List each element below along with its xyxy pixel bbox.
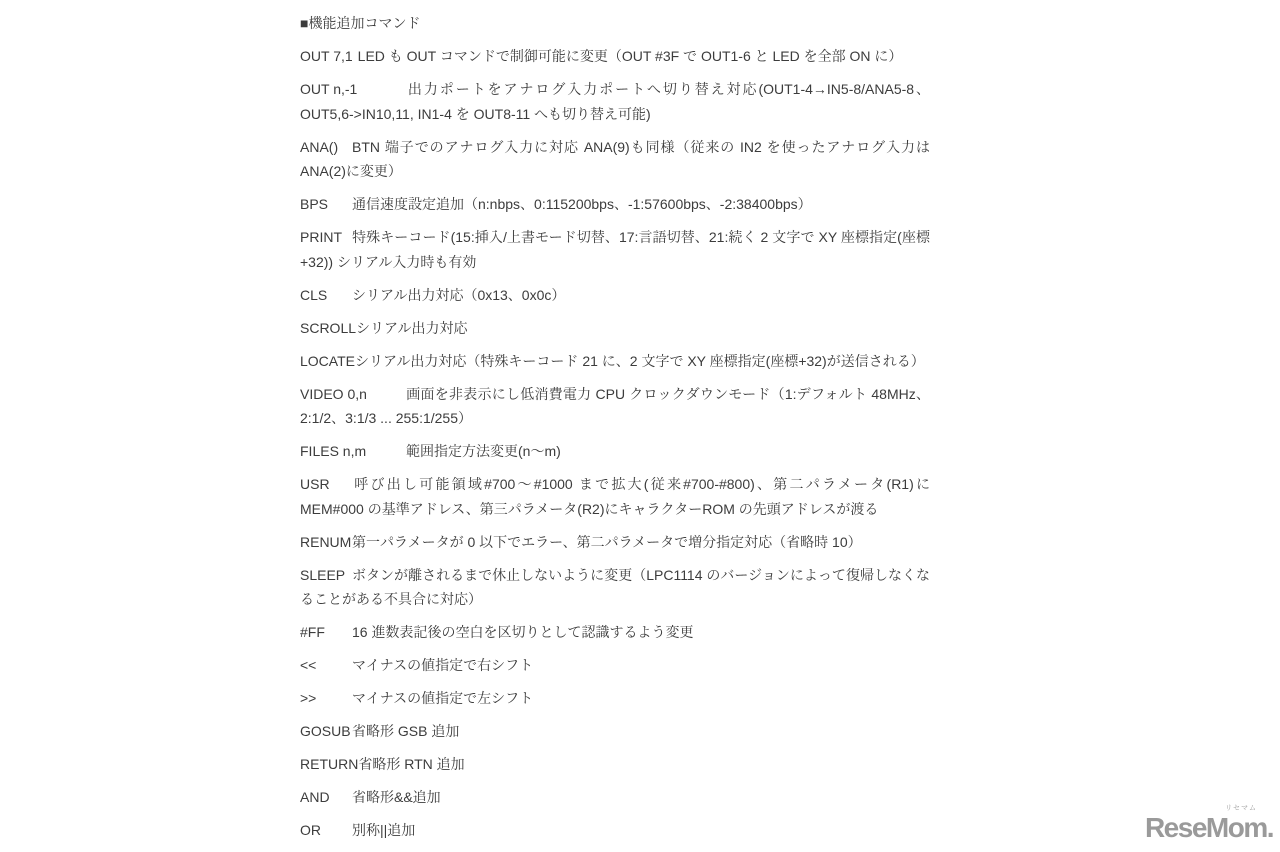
command-description: 16 進数表記後の空白を区切りとして認識するよう変更 xyxy=(352,624,693,640)
command-name: RENUM xyxy=(300,530,352,555)
command-entry: RENUM第一パラメータが 0 以下でエラー、第二パラメータで増分指定対応（省略… xyxy=(300,530,930,555)
command-entry: SCROLLシリアル出力対応 xyxy=(300,316,930,341)
command-entry: OUT n,-1出力ポートをアナログ入力ポートへ切り替え対応(OUT1-4→IN… xyxy=(300,77,930,126)
command-description: 特殊キーコード(15:挿入/上書モード切替、17:言語切替、21:続く 2 文字… xyxy=(300,229,930,270)
command-name: SCROLL xyxy=(300,316,356,341)
command-entry: SLEEPボタンが離されるまで休止しないように変更（LPC1114 のバージョン… xyxy=(300,563,930,612)
command-entry: RETURN省略形 RTN 追加 xyxy=(300,752,930,777)
command-description: シリアル出力対応（特殊キーコード 21 に、2 文字で XY 座標指定(座標+3… xyxy=(355,353,925,369)
command-name: OR xyxy=(300,818,352,843)
command-description: BTN 端子でのアナログ入力に対応 ANA(9)も同様（従来の IN2 を使った… xyxy=(300,139,930,180)
command-entry: FILES n,m範囲指定方法変更(n〜m) xyxy=(300,439,930,464)
command-entry: OR別称||追加 xyxy=(300,818,930,843)
command-name: #FF xyxy=(300,620,352,645)
command-description: 省略形 GSB 追加 xyxy=(352,723,459,739)
command-entry: BPS通信速度設定追加（n:nbps、0:115200bps、-1:57600b… xyxy=(300,192,930,217)
command-name: BPS xyxy=(300,192,352,217)
article-body: ■機能追加コマンド OUT 7,1LED も OUT コマンドで制御可能に変更（… xyxy=(300,11,930,851)
resemom-logo: リセマム ReseMom. xyxy=(1143,805,1273,849)
command-description: 省略形&&追加 xyxy=(352,789,441,805)
command-description: 第一パラメータが 0 以下でエラー、第二パラメータで増分指定対応（省略時 10） xyxy=(352,534,862,550)
command-name: FILES n,m xyxy=(300,439,406,464)
command-name: << xyxy=(300,653,352,678)
command-entry: USR呼び出し可能領域#700〜#1000 まで拡大(従来#700-#800)、… xyxy=(300,472,930,521)
command-name: PRINT xyxy=(300,225,352,250)
command-entry: OUT 7,1LED も OUT コマンドで制御可能に変更（OUT #3F で … xyxy=(300,44,930,69)
command-entry: LOCATEシリアル出力対応（特殊キーコード 21 に、2 文字で XY 座標指… xyxy=(300,349,930,374)
command-name: GOSUB xyxy=(300,719,352,744)
command-description: 範囲指定方法変更(n〜m) xyxy=(406,443,561,459)
document-page: ■機能追加コマンド OUT 7,1LED も OUT コマンドで制御可能に変更（… xyxy=(0,0,1280,852)
command-entry: ANA()BTN 端子でのアナログ入力に対応 ANA(9)も同様（従来の IN2… xyxy=(300,135,930,184)
command-name: RETURN xyxy=(300,752,358,777)
command-name: >> xyxy=(300,686,352,711)
command-description: LED も OUT コマンドで制御可能に変更（OUT #3F で OUT1-6 … xyxy=(358,48,903,64)
command-name: LOCATE xyxy=(300,349,355,374)
command-entry: <<マイナスの値指定で右シフト xyxy=(300,653,930,678)
command-name: OUT 7,1 xyxy=(300,44,353,69)
command-description: ボタンが離されるまで休止しないように変更（LPC1114 のバージョンによって復… xyxy=(300,567,930,608)
command-name: OUT n,-1 xyxy=(300,77,406,102)
command-description: マイナスの値指定で左シフト xyxy=(352,690,533,706)
command-description: マイナスの値指定で右シフト xyxy=(352,657,533,673)
command-entry: AND省略形&&追加 xyxy=(300,785,930,810)
command-description: シリアル出力対応 xyxy=(356,320,467,336)
command-description: 呼び出し可能領域#700〜#1000 まで拡大(従来#700-#800)、第二パ… xyxy=(300,476,930,517)
command-name: SLEEP xyxy=(300,563,352,588)
command-entry: CLSシリアル出力対応（0x13、0x0c） xyxy=(300,283,930,308)
command-entry: GOSUB省略形 GSB 追加 xyxy=(300,719,930,744)
command-entry: #FF16 進数表記後の空白を区切りとして認識するよう変更 xyxy=(300,620,930,645)
command-description: 通信速度設定追加（n:nbps、0:115200bps、-1:57600bps、… xyxy=(352,196,812,212)
command-entry: PRINT特殊キーコード(15:挿入/上書モード切替、17:言語切替、21:続く… xyxy=(300,225,930,274)
command-name: USR xyxy=(300,472,352,497)
section-title: ■機能追加コマンド xyxy=(300,11,930,36)
command-entry: VIDEO 0,n画面を非表示にし低消費電力 CPU クロックダウンモード（1:… xyxy=(300,382,930,431)
resemom-wordmark: ReseMom. xyxy=(1143,813,1273,843)
command-name: ANA() xyxy=(300,135,352,160)
command-name: AND xyxy=(300,785,352,810)
command-name: CLS xyxy=(300,283,352,308)
command-description: 省略形 RTN 追加 xyxy=(358,756,464,772)
command-description: 別称||追加 xyxy=(352,822,415,838)
command-name: VIDEO 0,n xyxy=(300,382,406,407)
command-entry: >>マイナスの値指定で左シフト xyxy=(300,686,930,711)
command-description: シリアル出力対応（0x13、0x0c） xyxy=(352,287,565,303)
